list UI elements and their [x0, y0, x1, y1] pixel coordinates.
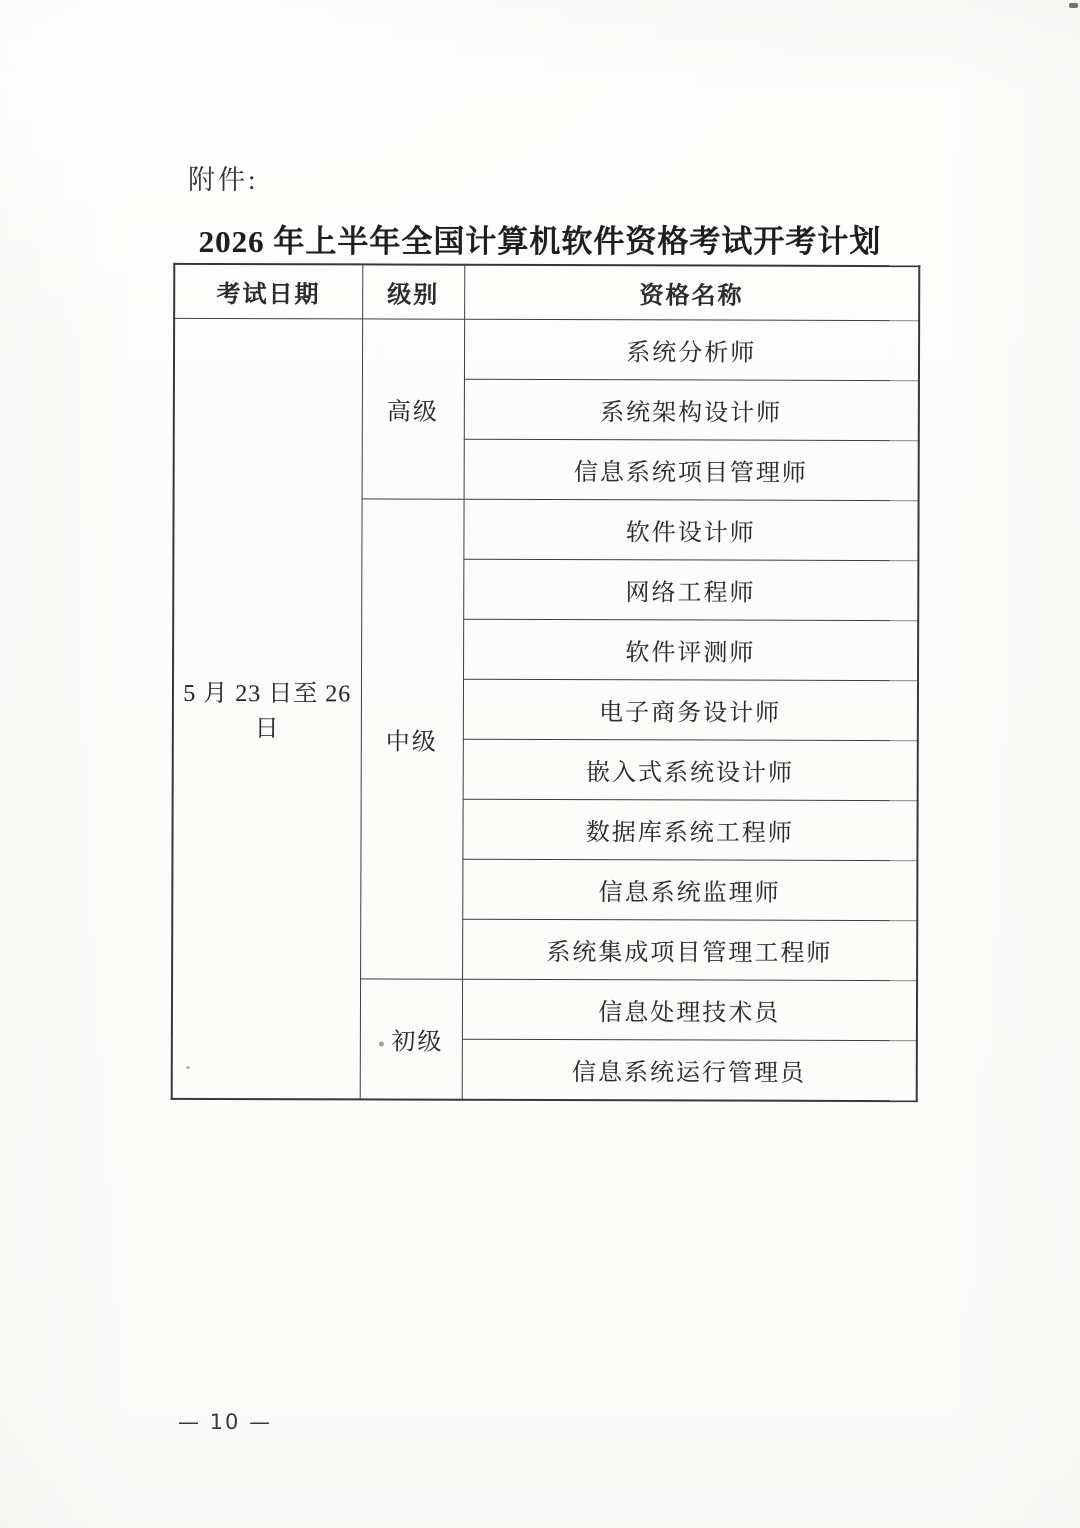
qualification-cell: 信息系统监理师: [462, 859, 917, 920]
exam-date-cell: 5 月 23 日至 26 日: [172, 318, 362, 1099]
exam-schedule-table: 考试日期 级别 资格名称 5 月 23 日至 26 日 高级 系统分析师 系统架…: [171, 263, 921, 1102]
level-cell-elementary: 初级: [360, 979, 462, 1099]
qualification-cell: 信息系统项目管理师: [464, 439, 919, 500]
scan-speck-corner: [1069, 3, 1078, 8]
qualification-cell: 信息系统运行管理员: [462, 1039, 917, 1100]
qualification-cell: 网络工程师: [463, 559, 918, 620]
qualification-cell: 软件评测师: [463, 619, 918, 680]
qualification-cell: 系统集成项目管理工程师: [462, 919, 917, 980]
qualification-cell: 嵌入式系统设计师: [463, 739, 918, 800]
page-number: — 10 —: [178, 1410, 272, 1434]
level-label: 初级: [391, 1029, 443, 1055]
header-level: 级别: [362, 264, 464, 319]
table-row: 5 月 23 日至 26 日 高级 系统分析师: [174, 318, 919, 380]
qualification-cell: 系统架构设计师: [464, 379, 919, 440]
qualification-cell: 软件设计师: [463, 499, 918, 560]
level-cell-senior: 高级: [362, 319, 465, 499]
level-cell-intermediate: 中级: [360, 499, 464, 979]
attachment-label: 附件:: [188, 158, 259, 197]
scan-speck-dot: [378, 1041, 383, 1046]
header-exam-date: 考试日期: [174, 264, 362, 319]
qualification-cell: 数据库系统工程师: [462, 799, 917, 860]
header-qualification-name: 资格名称: [464, 265, 919, 321]
qualification-cell: 系统分析师: [464, 319, 919, 380]
document-title: 2026 年上半年全国计算机软件资格考试开考计划: [0, 216, 1080, 261]
qualification-cell: 电子商务设计师: [463, 679, 918, 740]
table-header-row: 考试日期 级别 资格名称: [174, 264, 919, 321]
qualification-cell: 信息处理技术员: [462, 979, 917, 1040]
